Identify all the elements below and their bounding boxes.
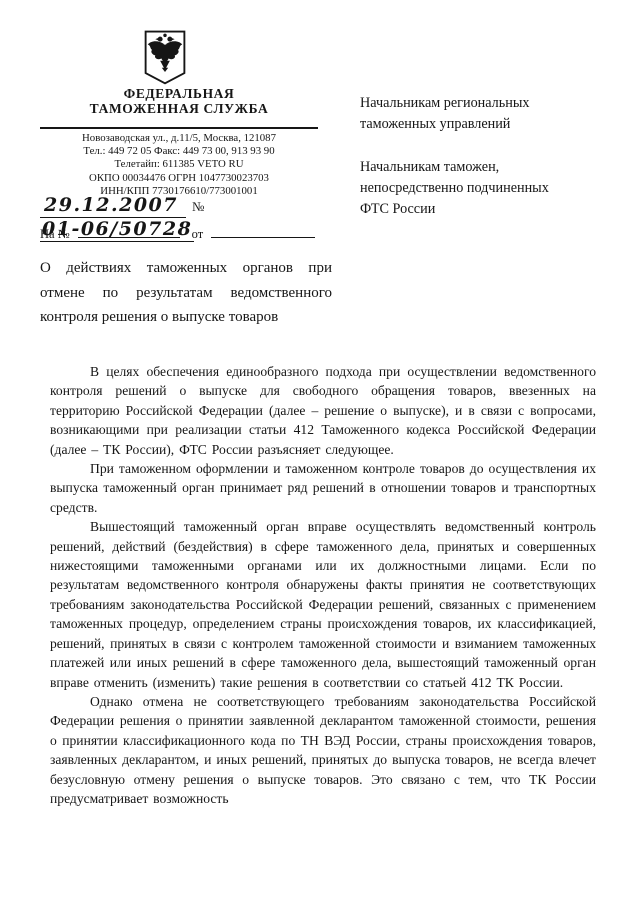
body-paragraph-2: При таможенном оформлении и таможенном к… (50, 459, 596, 517)
body-paragraph-4: Однако отмена не соответствующего требов… (50, 692, 596, 808)
addressee-regional-administrations: Начальникам региональных таможенных упра… (360, 93, 595, 135)
reply-from-label: от (192, 227, 204, 241)
contact-okpo-ogrn: ОКПО 00034476 ОГРН 1047730023703 (35, 172, 323, 185)
contact-address: Новозаводская ул., д.11/5, Москва, 12108… (35, 132, 323, 145)
body-paragraph-3: Вышестоящий таможенный орган вправе осущ… (50, 517, 596, 692)
handwritten-date: 29.12.2007 (40, 194, 186, 218)
org-name-line2: ТАМОЖЕННАЯ СЛУЖБА (35, 101, 323, 116)
letterhead-contacts: Новозаводская ул., д.11/5, Москва, 12108… (35, 132, 323, 198)
letter-body: В целях обеспечения единообразного подхо… (50, 362, 596, 808)
addressee-block: Начальникам региональных таможенных упра… (360, 93, 595, 242)
reply-number-blank (78, 225, 180, 238)
body-paragraph-1: В целях обеспечения единообразного подхо… (50, 362, 596, 459)
reply-date-blank (211, 225, 315, 238)
contact-teletype: Телетайп: 611385 VETO RU (35, 158, 323, 171)
contact-phone-fax: Тел.: 449 72 05 Факс: 449 73 00, 913 93 … (35, 145, 323, 158)
russian-coat-of-arms-icon (143, 30, 187, 86)
number-sign: № (192, 199, 204, 214)
document-page: ФЕДЕРАЛЬНАЯ ТАМОЖЕННАЯ СЛУЖБА Новозаводс… (0, 0, 640, 900)
org-name: ФЕДЕРАЛЬНАЯ ТАМОЖЕННАЯ СЛУЖБА (35, 86, 323, 116)
org-name-line1: ФЕДЕРАЛЬНАЯ (35, 86, 323, 101)
reply-reference-line: На №от (40, 225, 323, 242)
addressee-customs-offices: Начальникам таможен, непосредственно под… (360, 157, 595, 220)
subject-line: О действиях таможенных органов при отмен… (40, 256, 332, 330)
letterhead-divider (40, 127, 318, 129)
reply-ref-label: На № (40, 227, 70, 241)
